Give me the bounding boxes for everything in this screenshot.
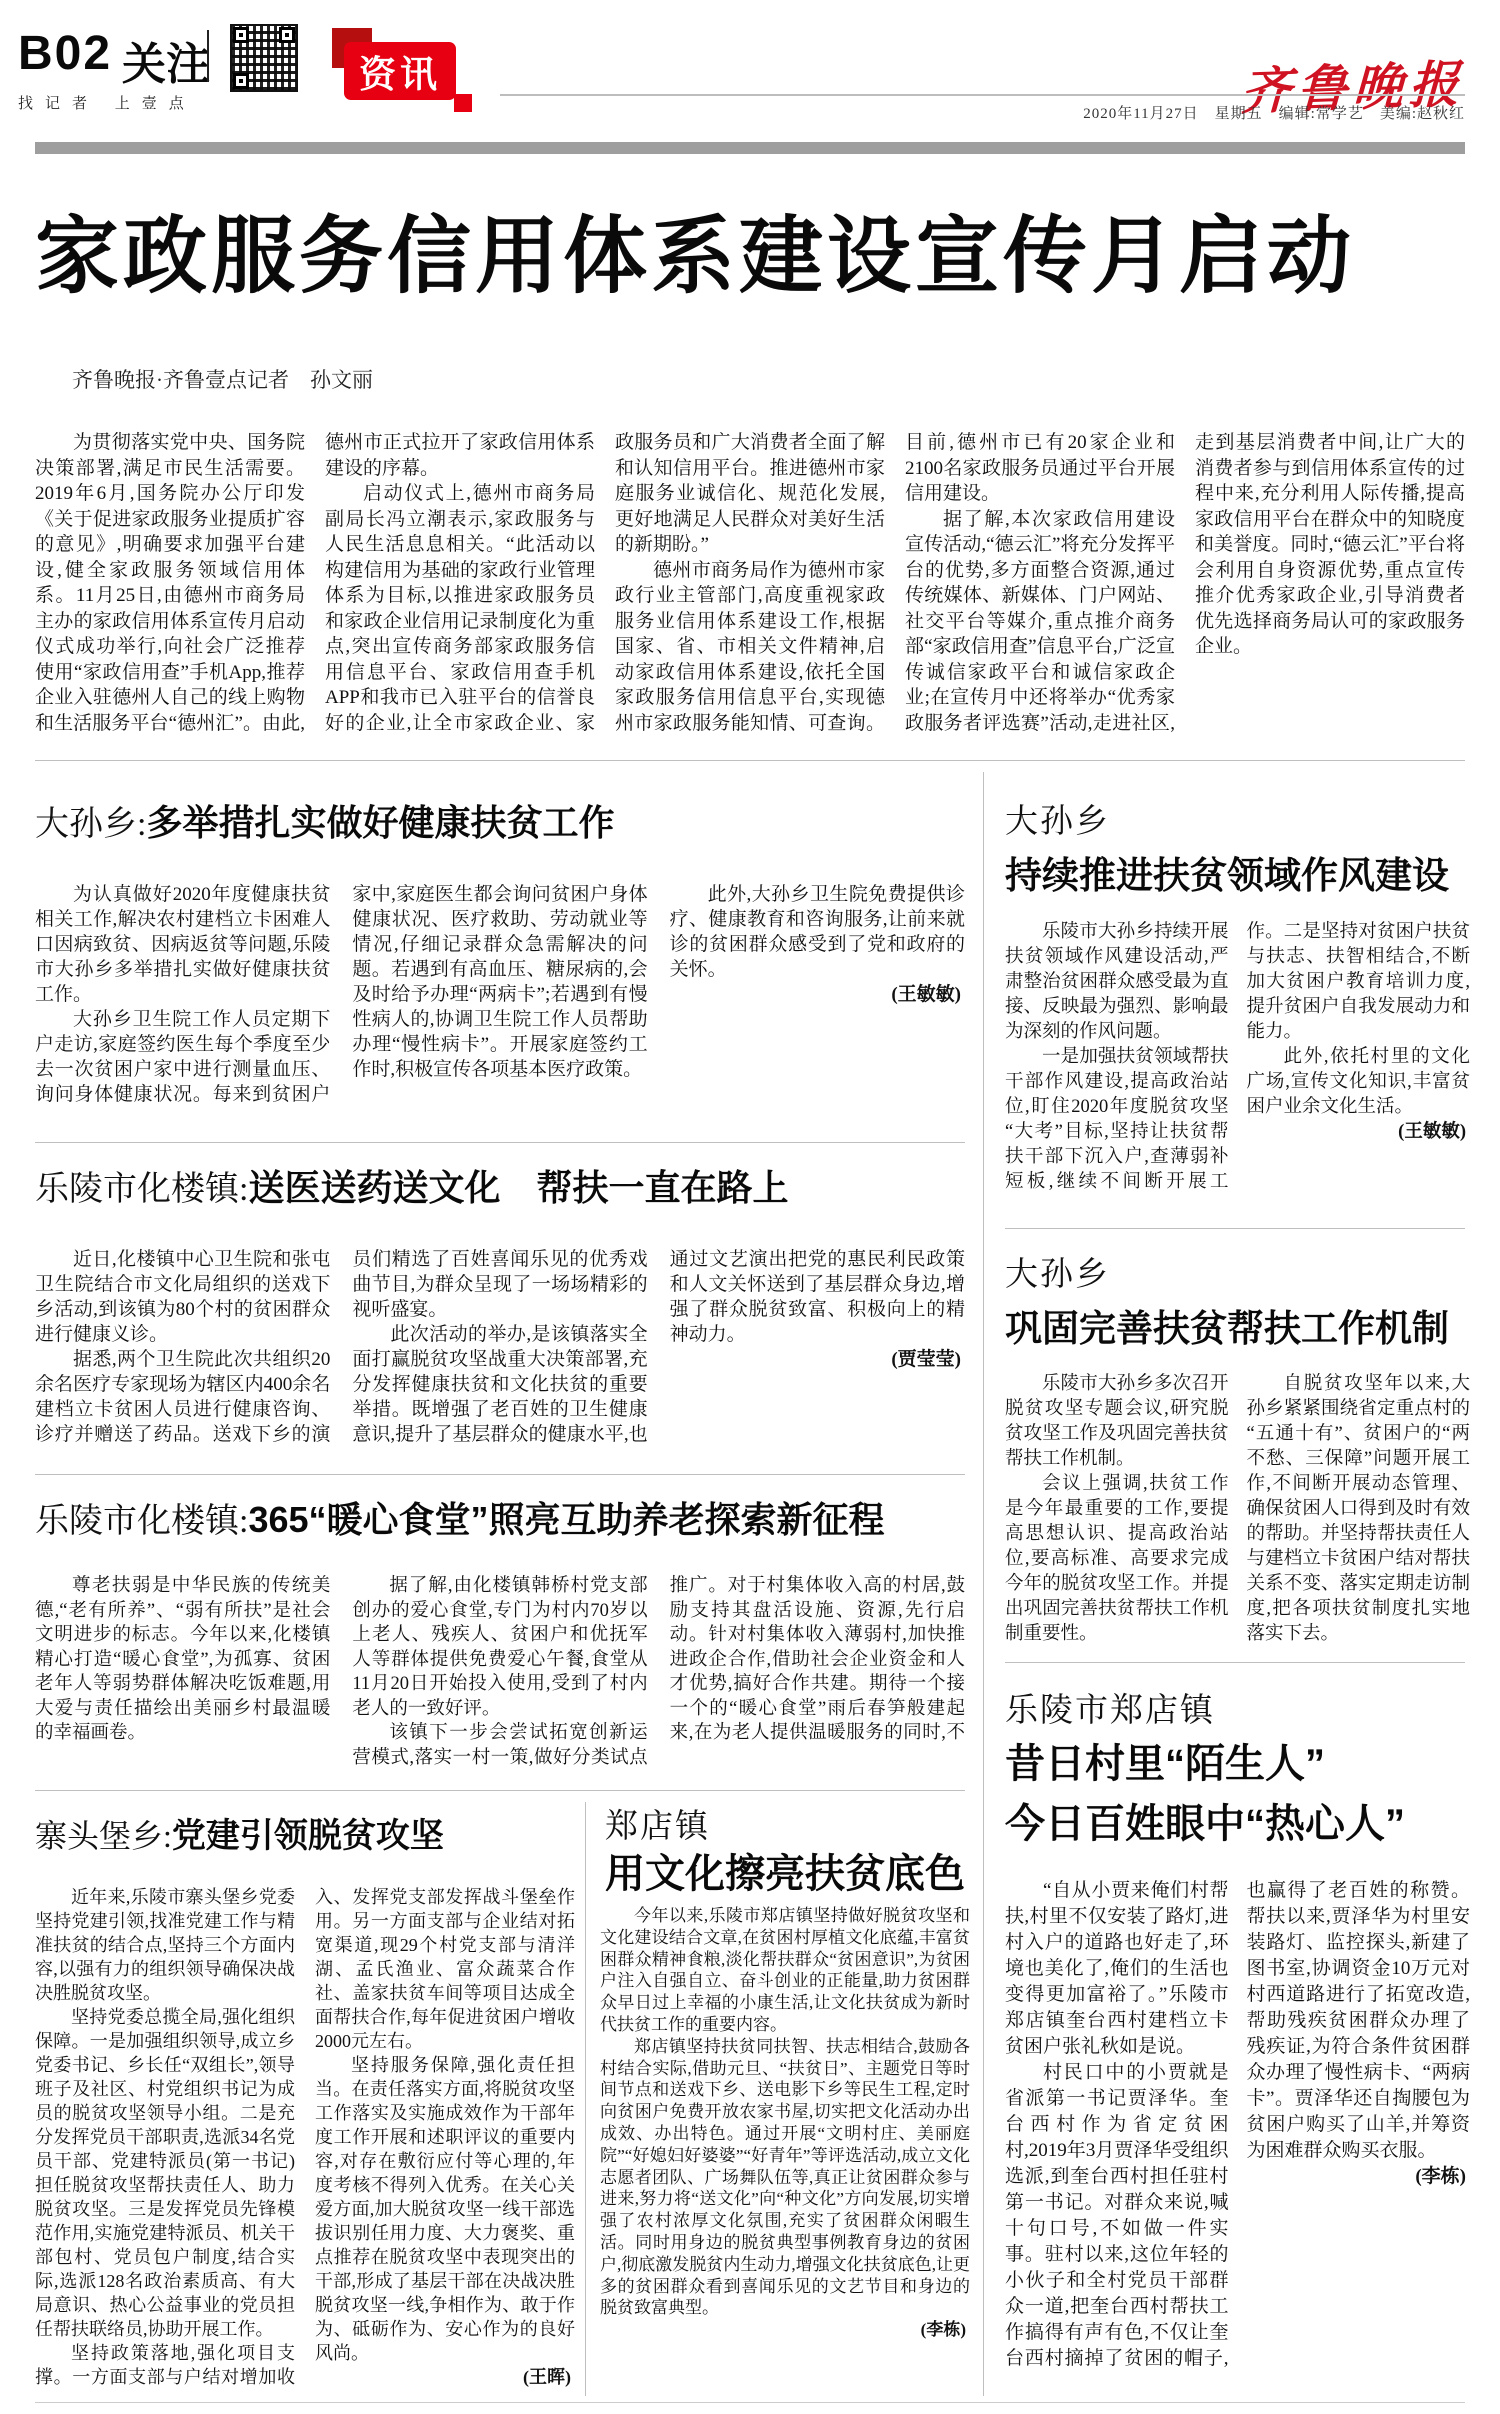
badge-dot-decoration bbox=[454, 94, 472, 112]
header-rule bbox=[500, 94, 1465, 96]
article-headline: 寨头堡乡:党建引领脱贫攻坚 bbox=[35, 1808, 444, 1857]
article-signer: (贾莹莹) bbox=[670, 1347, 965, 1372]
article-body: 尊老扶弱是中华民族的传统美德,“老有所养”、“弱有所扶”是社会文明进步的标志。今… bbox=[35, 1574, 965, 1779]
article-signer: (王敏敏) bbox=[670, 982, 965, 1007]
article-body: 今年以来,乐陵市郑店镇坚持做好脱贫攻坚和文化建设结合文章,在贫困村厚植文化底蕴,… bbox=[600, 1905, 970, 2405]
article-paragraphs: “自从小贾来俺们村帮扶,村里不仅安装了路灯,进村入户的道路也好走了,环境也美化了… bbox=[1005, 1878, 1470, 2396]
horizontal-divider bbox=[35, 760, 1465, 761]
article-title-line2: 今日百姓眼中“热心人” bbox=[1005, 1792, 1405, 1849]
header-divider bbox=[207, 30, 209, 82]
vertical-divider bbox=[585, 1802, 586, 2396]
separator-bar bbox=[35, 142, 1465, 154]
headline-prefix: 乐陵市化楼镇: bbox=[35, 1171, 248, 1208]
lead-headline: 家政服务信用体系建设宣传月启动 bbox=[35, 208, 1465, 305]
badge-label: 资讯 bbox=[344, 42, 456, 100]
headline-title: 党建引领脱贫攻坚 bbox=[172, 1817, 444, 1855]
horizontal-divider bbox=[35, 1790, 965, 1791]
article-body: 乐陵市大孙乡多次召开脱贫攻坚专题会议,研究脱贫攻坚工作及巩固完善扶贫帮扶工作机制… bbox=[1005, 1372, 1470, 1650]
paragraph: 坚持服务保障,强化责任担当。在责任落实方面,将脱贫攻坚工作落实及实施成效作为干部… bbox=[315, 2053, 575, 2365]
article-body: 乐陵市大孙乡持续开展扶贫领域作风建设活动,严肃整治贫困群众感受最为直接、反映最为… bbox=[1005, 920, 1470, 1212]
dateline: 2020年11月27日 星期五 编辑:常学艺 美编:赵秋红 bbox=[1083, 102, 1465, 123]
article-paragraphs: 今年以来,乐陵市郑店镇坚持做好脱贫攻坚和文化建设结合文章,在贫困村厚植文化底蕴,… bbox=[600, 1905, 970, 2319]
article-kicker: 郑店镇 bbox=[605, 1800, 710, 1847]
article-headline: 乐陵市化楼镇:365“暖心食堂”照亮互助养老探索新征程 bbox=[35, 1492, 885, 1543]
article-title: 巩固完善扶贫帮扶工作机制 bbox=[1005, 1298, 1449, 1352]
paragraph: 此外,依托村里的文化广场,宣传文化知识,丰富贫困户业余文化生活。 bbox=[1247, 1045, 1471, 1120]
article-kicker: 大孙乡 bbox=[1005, 1248, 1110, 1295]
headline-prefix: 大孙乡: bbox=[35, 806, 146, 843]
article-body: 近年来,乐陵市寨头堡乡党委坚持党建引领,找准党建工作与精准扶贫的结合点,坚持三个… bbox=[35, 1885, 575, 2390]
article-paragraphs: 尊老扶弱是中华民族的传统美德,“老有所养”、“弱有所扶”是社会文明进步的标志。今… bbox=[35, 1574, 965, 1779]
slogan-text: 找记者 上壹点 bbox=[18, 92, 196, 113]
headline-prefix: 乐陵市化楼镇: bbox=[35, 1503, 248, 1540]
article-kicker: 大孙乡 bbox=[1005, 795, 1110, 842]
article-body: 为认真做好2020年度健康扶贫相关工作,解决农村建档立卡困难人口因病致贫、因病返… bbox=[35, 882, 965, 1127]
headline-title: 365“暖心食堂”照亮互助养老探索新征程 bbox=[248, 1499, 884, 1540]
paragraph: 乐陵市大孙乡多次召开脱贫攻坚专题会议,研究脱贫攻坚工作及巩固完善扶贫帮扶工作机制… bbox=[1005, 1372, 1229, 1472]
article-signer: (王敏敏) bbox=[1247, 1120, 1471, 1145]
paragraph: 近日,化楼镇中心卫生院和张屯卫生院结合市文化局组织的送戏下乡活动,到该镇为80个… bbox=[35, 1247, 330, 1347]
article-title: 用文化擦亮扶贫底色 bbox=[605, 1842, 965, 1899]
horizontal-divider bbox=[1005, 1662, 1465, 1663]
article-signer: (王晖) bbox=[315, 2365, 575, 2389]
paragraph: 自脱贫攻坚年以来,大孙乡紧紧围绕省定重点村的“五通十有”、贫困户的“两不愁、三保… bbox=[1247, 1372, 1471, 1647]
article-headline: 乐陵市化楼镇:送医送药送文化 帮扶一直在路上 bbox=[35, 1160, 788, 1211]
lead-byline: 齐鲁晚报·齐鲁壹点记者 孙文丽 bbox=[72, 364, 373, 394]
headline-prefix: 寨头堡乡: bbox=[35, 1818, 172, 1854]
article-paragraphs: 近年来,乐陵市寨头堡乡党委坚持党建引领,找准党建工作与精准扶贫的结合点,坚持三个… bbox=[35, 1885, 575, 2390]
paragraph: 尊老扶弱是中华民族的传统美德,“老有所养”、“弱有所扶”是社会文明进步的标志。今… bbox=[35, 1574, 330, 1746]
news-badge: 资讯 bbox=[332, 28, 472, 112]
horizontal-divider bbox=[1005, 1228, 1465, 1229]
headline-title: 送医送药送文化 帮扶一直在路上 bbox=[248, 1167, 788, 1208]
paragraph: 此外,大孙乡卫生院免费提供诊疗、健康教育和咨询服务,让前来就诊的贫困群众感受到了… bbox=[670, 882, 965, 982]
qr-code-icon bbox=[230, 24, 298, 92]
lead-article-body: 为贯彻落实党中央、国务院决策部署,满足市民生活需要。2019年6月,国务院办公厅… bbox=[35, 430, 1465, 752]
lead-paragraphs: 为贯彻落实党中央、国务院决策部署,满足市民生活需要。2019年6月,国务院办公厅… bbox=[35, 430, 1465, 752]
article-body: “自从小贾来俺们村帮扶,村里不仅安装了路灯,进村入户的道路也好走了,环境也美化了… bbox=[1005, 1878, 1470, 2396]
section-name: 关注 bbox=[122, 28, 210, 92]
paragraph: 会议上强调,扶贫工作是今年最重要的工作,要提高思想认识、提高政治站位,要高标准、… bbox=[1005, 1472, 1229, 1647]
paragraph: 今年以来,乐陵市郑店镇坚持做好脱贫攻坚和文化建设结合文章,在贫困村厚植文化底蕴,… bbox=[600, 1905, 970, 2036]
article-title-line1: 昔日村里“陌生人” bbox=[1005, 1732, 1325, 1789]
article-kicker: 乐陵市郑店镇 bbox=[1005, 1684, 1215, 1731]
paragraph: 乐陵市大孙乡持续开展扶贫领域作风建设活动,严肃整治贫困群众感受最为直接、反映最为… bbox=[1005, 920, 1229, 1045]
article-signer: (李栋) bbox=[1247, 2164, 1471, 2190]
article-paragraphs: 乐陵市大孙乡多次召开脱贫攻坚专题会议,研究脱贫攻坚工作及巩固完善扶贫帮扶工作机制… bbox=[1005, 1372, 1470, 1650]
paragraph: “自从小贾来俺们村帮扶,村里不仅安装了路灯,进村入户的道路也好走了,环境也美化了… bbox=[1005, 1878, 1229, 2060]
article-body: 近日,化楼镇中心卫生院和张屯卫生院结合市文化局组织的送戏下乡活动,到该镇为80个… bbox=[35, 1247, 965, 1465]
page-bottom-rule bbox=[35, 2402, 1465, 2403]
horizontal-divider bbox=[35, 1142, 965, 1143]
newspaper-page: B02 关注 找记者 上壹点 资讯 齐鲁晚报 2020年11月27日 星期五 编… bbox=[0, 0, 1500, 2414]
paragraph: 坚持党委总揽全局,强化组织保障。一是加强组织领导,成立乡党委书记、乡长任“双组长… bbox=[35, 2005, 295, 2341]
headline-title: 多举措扎实做好健康扶贫工作 bbox=[146, 802, 614, 843]
article-headline: 大孙乡:多举措扎实做好健康扶贫工作 bbox=[35, 795, 614, 846]
paragraph: 近年来,乐陵市寨头堡乡党委坚持党建引领,找准党建工作与精准扶贫的结合点,坚持三个… bbox=[35, 1885, 295, 2005]
article-title: 持续推进扶贫领域作风建设 bbox=[1005, 845, 1449, 899]
article-signer: (李栋) bbox=[600, 2319, 970, 2341]
article-paragraphs: 乐陵市大孙乡持续开展扶贫领域作风建设活动,严肃整治贫困群众感受最为直接、反映最为… bbox=[1005, 920, 1470, 1212]
paragraph: 据了解,由化楼镇韩桥村党支部创办的爱心食堂,专门为村内70岁以上老人、残疾人、贫… bbox=[352, 1574, 647, 1721]
paragraph: 郑店镇坚持扶贫同扶智、扶志相结合,鼓励各村结合实际,借助元旦、“扶贫日”、主题党… bbox=[600, 2036, 970, 2319]
horizontal-divider bbox=[35, 1474, 965, 1475]
vertical-divider bbox=[983, 772, 984, 2396]
page-number: B02 bbox=[18, 26, 112, 81]
paragraph: 为认真做好2020年度健康扶贫相关工作,解决农村建档立卡困难人口因病致贫、因病返… bbox=[35, 882, 330, 1007]
